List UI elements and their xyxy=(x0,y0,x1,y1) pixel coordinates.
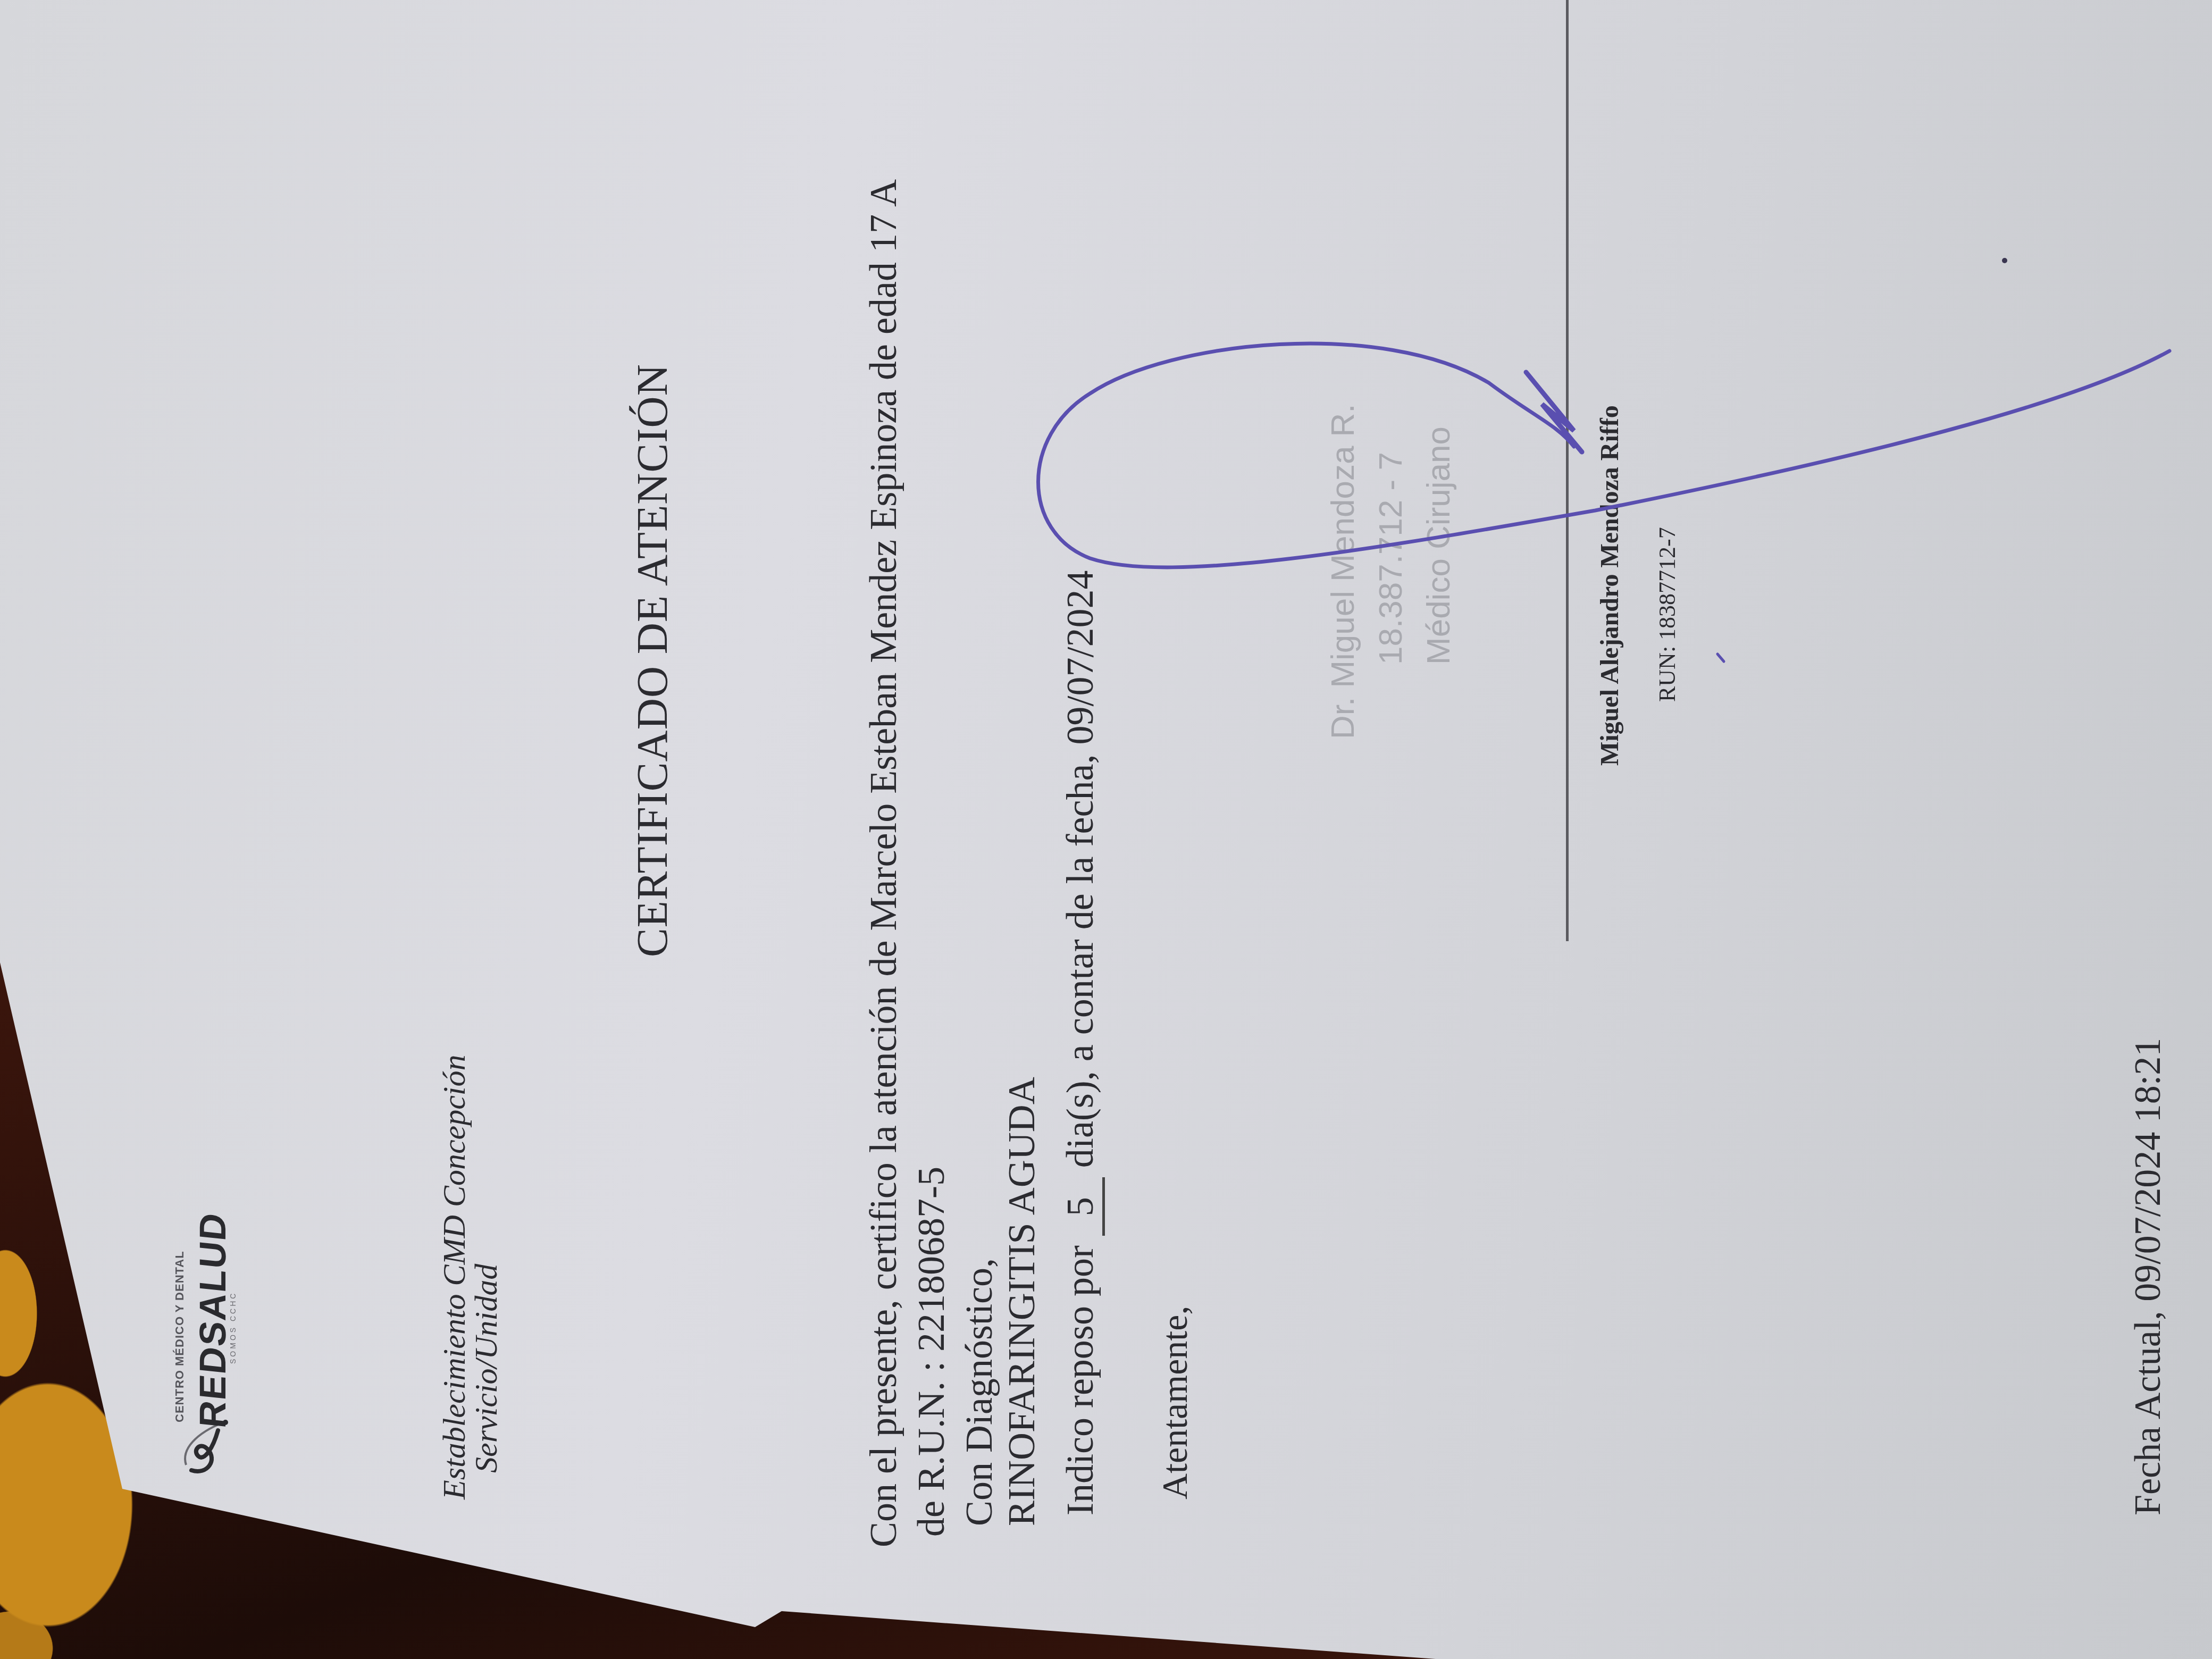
diagnosis-value: RINOFARINGITIS AGUDA xyxy=(1000,1077,1044,1526)
closing-text: Atentamente, xyxy=(1154,1306,1196,1499)
certificate-document: CENTRO MÉDICO Y DENTAL REDSALUD SOMOS CC… xyxy=(0,0,2212,1659)
patient-run: de R.U.N. : 22180687-5 xyxy=(909,1167,953,1537)
logo-subtitle: SOMOS CCHC xyxy=(229,1292,237,1364)
certification-statement: Con el presente, certifico la atención d… xyxy=(861,179,906,1547)
stamp-role: Médico Cirujano xyxy=(1420,426,1457,665)
stamp-run: 18.387.712 - 7 xyxy=(1372,452,1410,665)
logo-brand: REDSALUD xyxy=(191,1210,234,1430)
signature-line xyxy=(1566,0,1569,941)
rest-prefix: Indico reposo por xyxy=(1059,1245,1101,1515)
rest-suffix: dia(s), a contar de la fecha, 09/07/2024 xyxy=(1059,571,1101,1168)
signer-name: Miguel Alejandro Mendoza Riffo xyxy=(1595,405,1624,766)
signer-run: RUN: 18387712-7 xyxy=(1654,527,1681,702)
stamp-name: Dr. Miguel Mendoza R. xyxy=(1324,404,1362,739)
establishment-label: Establecimiento CMD Concepción xyxy=(436,1055,473,1499)
print-timestamp: Fecha Actual, 09/07/2024 18:21 xyxy=(2127,1038,2169,1515)
document-title: CERTIFICADO DE ATENCIÓN xyxy=(627,364,677,957)
logo-tagline: CENTRO MÉDICO Y DENTAL xyxy=(173,1251,187,1422)
diagnosis-label: Con Diagnóstico, xyxy=(957,1258,1001,1526)
rest-days: 5 xyxy=(1058,1177,1105,1236)
service-unit-label: Servicio/Unidad xyxy=(468,1264,505,1473)
rest-indication: Indico reposo por5dia(s), a contar de la… xyxy=(1058,571,1105,1515)
